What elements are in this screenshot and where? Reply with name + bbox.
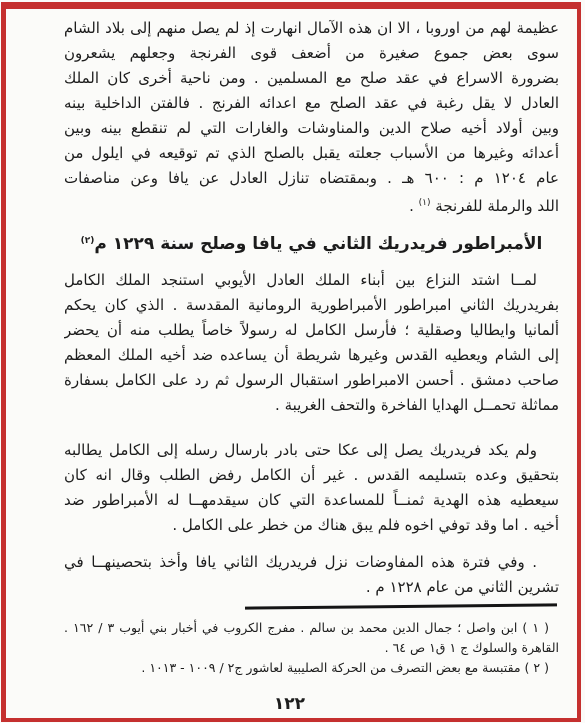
- footnote-line-1-continued: القاهرة والسلوك ج ١ ق١ ص ٦٤ .: [64, 638, 559, 658]
- footnote-line-1: ( ١ ) ابن واصل ؛ جمال الدين محمد بن سالم…: [64, 618, 559, 638]
- text-line: . وفي فترة هذه المفاوضات نزل فريدريك الث…: [64, 550, 559, 575]
- text-line: عظيمة لهم من اوروبا ، الا ان هذه الآمال …: [64, 16, 559, 41]
- scanned-book-page: عظيمة لهم من اوروبا ، الا ان هذه الآمال …: [0, 0, 585, 723]
- text-run: .: [409, 197, 419, 215]
- text-line: بتحقيق وعده بتسليمه القدس . غير أن الكام…: [64, 463, 559, 488]
- paragraph-acre-negotiation: ولم يكد فريدريك يصل إلى عكا حتى بادر بار…: [64, 438, 559, 538]
- section-heading-text: الأمبراطور فريدريك الثاني في يافا وصلح س…: [94, 234, 542, 254]
- text-line: سيعطيه هذه الهدية ثمنــاً للمساعدة التي …: [64, 488, 559, 513]
- text-line: وبين أولاد أخيه صلاح الدين والمناوشات وا…: [64, 116, 559, 141]
- footnote-line-2: ( ٢ ) مقتبسة مع بعض التصرف من الحركة الص…: [64, 658, 559, 678]
- text-line: بفريدريك الثاني امبراطور الأمبراطورية ال…: [64, 293, 559, 318]
- text-run: اللد والرملة للفرنجة: [431, 197, 559, 215]
- page-content: عظيمة لهم من اوروبا ، الا ان هذه الآمال …: [64, 16, 559, 714]
- text-line: إلى الشام ويعطيه القدس وغيرها شريطة أن ي…: [64, 343, 559, 368]
- text-line: صاحب دمشق . أحسن الامبراطور استقبال الرس…: [64, 368, 559, 393]
- footnote-reference-2: (٢): [81, 236, 95, 246]
- text-line: ألمانيا وايطاليا وصقلية ؛ فأرسل الكامل ل…: [64, 318, 559, 343]
- text-line: أخيه . اما وقد توفي اخوه فلم يبق هناك من…: [64, 513, 559, 538]
- footnotes-block: ( ١ ) ابن واصل ؛ جمال الدين محمد بن سالم…: [64, 618, 559, 678]
- text-line: العادل لا يقل رغبة في عقد الصلح مع اعدائ…: [64, 91, 559, 116]
- text-line: مماثلة تحمــل الهدايا الفاخرة والتحف الغ…: [64, 393, 559, 418]
- page-number: ١٢٢: [42, 694, 537, 714]
- text-line: سوى بعض جموع صغيرة من أضعف قوى الفرنجة و…: [64, 41, 559, 66]
- text-line: عام ١٢٠٤ م : ٦٠٠ هـ . وبمقتضاه تنازل الع…: [64, 166, 559, 191]
- text-line: اللد والرملة للفرنجة (١) .: [64, 191, 559, 216]
- paragraph-frederick-embassy: لمــا اشتد النزاع بين أبناء الملك العادل…: [64, 268, 559, 418]
- section-heading: الأمبراطور فريدريك الثاني في يافا وصلح س…: [64, 228, 559, 254]
- paragraph-continuation: عظيمة لهم من اوروبا ، الا ان هذه الآمال …: [64, 16, 559, 216]
- text-line: أعدائه وغيرها من الأسباب جعلته يقبل بالص…: [64, 141, 559, 166]
- text-line: لمــا اشتد النزاع بين أبناء الملك العادل…: [64, 268, 559, 293]
- footnote-separator: [245, 603, 557, 609]
- text-line: ولم يكد فريدريك يصل إلى عكا حتى بادر بار…: [64, 438, 559, 463]
- paragraph-jaffa-fortification: . وفي فترة هذه المفاوضات نزل فريدريك الث…: [64, 550, 559, 600]
- footnote-reference-1: (١): [419, 198, 431, 208]
- text-line: تشرين الثاني من عام ١٢٢٨ م .: [64, 575, 559, 600]
- text-line: بضرورة الاسراع في عقد صلح مع المسلمين . …: [64, 66, 559, 91]
